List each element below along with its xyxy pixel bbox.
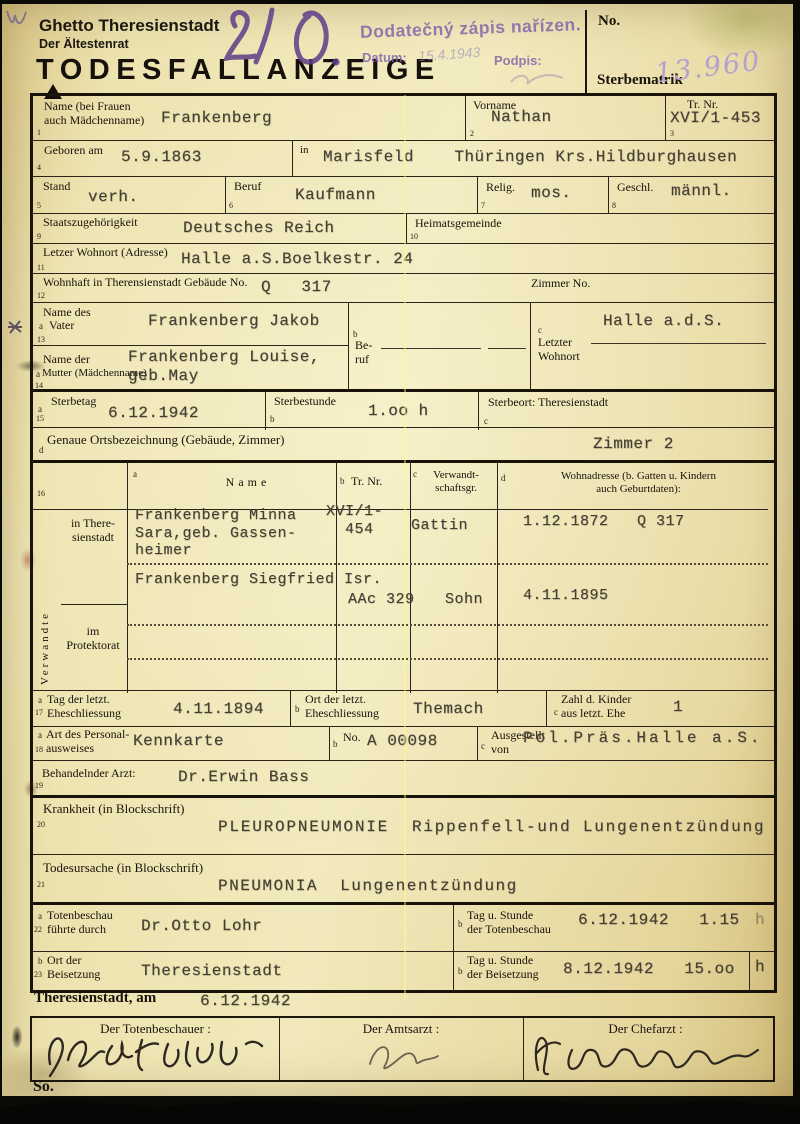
eheschliessung-tag-label: Tag der letzt. Eheschliessung <box>47 693 121 720</box>
scan-bottom-edge <box>0 1094 800 1124</box>
field-num: 15 <box>36 414 44 423</box>
footer-date-value: 6.12.1942 <box>200 992 291 1011</box>
stamp-datum-label: Datum: <box>362 50 407 65</box>
eheschliessung-tag-value: 4.11.1894 <box>173 700 264 719</box>
relatives-trnr-header: Tr. Nr. <box>351 475 382 489</box>
sterbeort-label: Sterbeort: Theresienstadt <box>488 396 608 410</box>
marker: c <box>554 707 558 717</box>
totenbeschau-zeit-value: 6.12.1942 1.15 <box>578 911 740 930</box>
marker: b <box>458 919 463 929</box>
todesursache-value: PNEUMONIA Lungenentzündung <box>218 877 518 896</box>
bottom-note: So. <box>33 1078 54 1096</box>
eheschliessung-ort-label: Ort der letzt. Eheschliessung <box>305 693 379 720</box>
staple-mark <box>12 1026 22 1048</box>
no-label: No. <box>598 13 620 30</box>
vater-value: Frankenberg Jakob <box>148 312 320 331</box>
field-num: 2 <box>470 129 474 138</box>
eltern-wohnort-label: Letzter Wohnort <box>538 336 580 363</box>
group-theresienstadt-label: in There- sienstadt <box>59 517 127 544</box>
relative-2-adresse: 4.11.1895 <box>523 587 609 605</box>
relatives-addr-header: Wohnadresse (b. Gatten u. Kindern auch G… <box>511 470 766 495</box>
in-label: in <box>300 144 309 157</box>
beisetzung-ort-value: Theresienstadt <box>141 962 282 981</box>
staats-label: Staatszugehörigkeit <box>43 216 138 230</box>
marker: b <box>458 966 463 976</box>
gebaeude-value: Q 317 <box>261 278 332 297</box>
sterbetag-value: 6.12.1942 <box>108 404 199 423</box>
marker: b <box>38 956 43 966</box>
krankheit-value: PLEUROPNEUMONIE Rippenfell-und Lungenent… <box>218 818 765 837</box>
field-num: 19 <box>35 781 43 790</box>
marker: a <box>38 695 42 705</box>
marker: a <box>38 911 42 921</box>
staats-value: Deutsches Reich <box>183 219 335 238</box>
relatives-verw-header: Verwandt- schaftsgr. <box>417 469 495 494</box>
ausweis-no-label: No. <box>343 731 361 745</box>
field-num: 3 <box>670 129 674 138</box>
totenbeschau-value: Dr.Otto Lohr <box>141 917 262 936</box>
marker: d <box>39 445 44 455</box>
beisetzung-ort-label: Ort der Beisetzung <box>47 954 100 981</box>
header-divider <box>585 10 587 94</box>
relative-2-name: Frankenberg Siegfried Isr. <box>135 571 382 589</box>
stand-label: Stand <box>43 180 70 194</box>
trnr-value: XVI/1-453 <box>670 109 761 128</box>
relig-label: Relig. <box>486 181 515 195</box>
eheschliessung-ort-value: Themach <box>413 700 484 719</box>
heimat-label: Heimatsgemeinde <box>415 217 502 231</box>
marker: a <box>133 469 137 479</box>
amtsarzt-signature <box>360 1036 450 1076</box>
stamp-podpis-signature <box>505 62 575 90</box>
handwritten-scrawl <box>205 2 355 76</box>
totenbeschau-label: Totenbeschau führte durch <box>47 909 113 936</box>
chefarzt-signature <box>524 1026 764 1086</box>
sterbestunde-value: 1.oo h <box>368 402 429 421</box>
relative-1-trnr: XVI/1- 454 <box>326 503 383 538</box>
marker: a <box>36 369 40 379</box>
relative-1-adresse: 1.12.1872 Q 317 <box>523 513 685 531</box>
mutter-label-1: Name der <box>43 353 90 367</box>
field-num: 10 <box>410 232 418 241</box>
relative-2-verwandtschaft: Sohn <box>445 591 483 609</box>
field-num: 17 <box>35 708 43 717</box>
field-num: 21 <box>37 880 45 889</box>
relatives-side-label: Verwandte <box>39 535 51 685</box>
vater-label-2: Vater <box>49 319 74 333</box>
beisetzung-zeit-label: Tag u. Stunde der Beisetzung <box>467 954 539 981</box>
beruf-label: Beruf <box>234 180 261 194</box>
todesursache-label: Todesursache (in Blockschrift) <box>43 861 203 876</box>
geschl-value: männl. <box>671 182 732 201</box>
geschl-label: Geschl. <box>617 181 653 195</box>
marker: a <box>38 730 42 740</box>
field-num: 16 <box>37 489 45 498</box>
sterbestunde-label: Sterbestunde <box>274 395 336 409</box>
marker: d <box>501 473 506 483</box>
marker: b <box>340 476 345 486</box>
beruf-value: Kaufmann <box>295 186 376 205</box>
arzt-label: Behandelnder Arzt: <box>42 767 136 781</box>
krankheit-label: Krankheit (in Blockschrift) <box>43 802 185 817</box>
gebaeude-label: Wohnhaft in Therensienstadt Gebäude No. <box>43 276 247 290</box>
arzt-value: Dr.Erwin Bass <box>178 768 309 787</box>
org-line-1: Ghetto Theresienstadt <box>39 16 219 36</box>
sterbetag-label: Sterbetag <box>51 395 96 409</box>
kinder-value: 1 <box>673 698 683 717</box>
field-num: 8 <box>612 201 616 210</box>
amtsarzt-sig-label: Der Amtsarzt : <box>279 1022 523 1037</box>
field-num: 18 <box>35 745 43 754</box>
field-num: 5 <box>37 201 41 210</box>
ausgestellt-value: Pol.Präs.Halle a.S. <box>523 729 762 748</box>
corner-pencil-mark <box>4 4 30 32</box>
ortsbezeichnung-label: Genaue Ortsbezeichnung (Gebäude, Zimmer) <box>47 433 285 448</box>
ausweis-no-value: A 00098 <box>367 732 438 751</box>
relatives-name-header: Name <box>163 476 333 490</box>
wohnort-label: Letzer Wohnort (Adresse) <box>43 246 168 260</box>
field-num: 4 <box>37 163 41 172</box>
marker: c <box>484 416 488 426</box>
paper-fold-line <box>404 95 406 1000</box>
stand-value: verh. <box>88 188 139 207</box>
beisetzung-zeit-unit: h <box>755 958 765 977</box>
marker: b <box>295 704 300 714</box>
org-line-2: Der Ältestenrat <box>39 37 129 51</box>
field-num: 6 <box>229 201 233 210</box>
eltern-wohnort-value: Halle a.d.S. <box>603 312 724 331</box>
ausweis-art-value: Kennkarte <box>133 732 224 751</box>
field-num: 23 <box>34 970 42 979</box>
marker: b <box>270 414 275 424</box>
vorname-value: Nathan <box>491 108 552 127</box>
kinder-label: Zahl d. Kinder aus letzt. Ehe <box>561 693 631 720</box>
totenbeschau-zeit-unit: h <box>755 911 765 930</box>
field-num: 13 <box>37 335 45 344</box>
totenbeschau-zeit-label: Tag u. Stunde der Totenbeschau <box>467 909 551 936</box>
zimmer-label: Zimmer No. <box>531 277 590 291</box>
field-num: 1 <box>37 128 41 137</box>
scan-right-edge <box>793 0 800 1124</box>
field-num: 22 <box>34 925 42 934</box>
relig-value: mos. <box>531 184 571 203</box>
field-num: 7 <box>481 201 485 210</box>
marker: a <box>38 404 42 414</box>
group-protektorat-label: im Protektorat <box>59 625 127 652</box>
marker: a <box>39 321 43 331</box>
relative-1-verwandtschaft: Gattin <box>411 517 468 535</box>
marker: c <box>481 741 485 751</box>
eltern-beruf-label: Be- ruf <box>355 339 372 366</box>
geboren-value: 5.9.1863 <box>121 148 202 167</box>
ausweis-art-label: Art des Personal- ausweises <box>46 728 129 755</box>
field-num: 11 <box>37 263 45 272</box>
field-num: 12 <box>37 291 45 300</box>
field-num: 20 <box>37 820 45 829</box>
ortsbezeichnung-value: Zimmer 2 <box>593 435 674 454</box>
totenbeschauer-signature <box>42 1026 272 1081</box>
footer-place-label: Theresienstadt, am <box>34 990 156 1007</box>
geboren-label: Geboren am <box>44 144 103 158</box>
marker: c <box>538 325 542 335</box>
relative-1-name: Frankenberg Minna Sara,geb. Gassen- heim… <box>135 507 297 560</box>
margin-x-mark <box>6 318 24 336</box>
geburtsort-value: Marisfeld Thüringen Krs.Hildburghausen <box>323 148 737 167</box>
name-label: Name (bei Frauen auch Mädchenname) <box>44 100 144 127</box>
wohnort-value: Halle a.S.Boelkestr. 24 <box>181 250 413 269</box>
marker: b <box>333 739 338 749</box>
field-num: 9 <box>37 232 41 241</box>
beisetzung-zeit-value: 8.12.1942 15.oo <box>563 960 735 979</box>
mutter-value: Frankenberg Louise, geb.May <box>128 348 320 386</box>
name-value: Frankenberg <box>161 109 272 128</box>
